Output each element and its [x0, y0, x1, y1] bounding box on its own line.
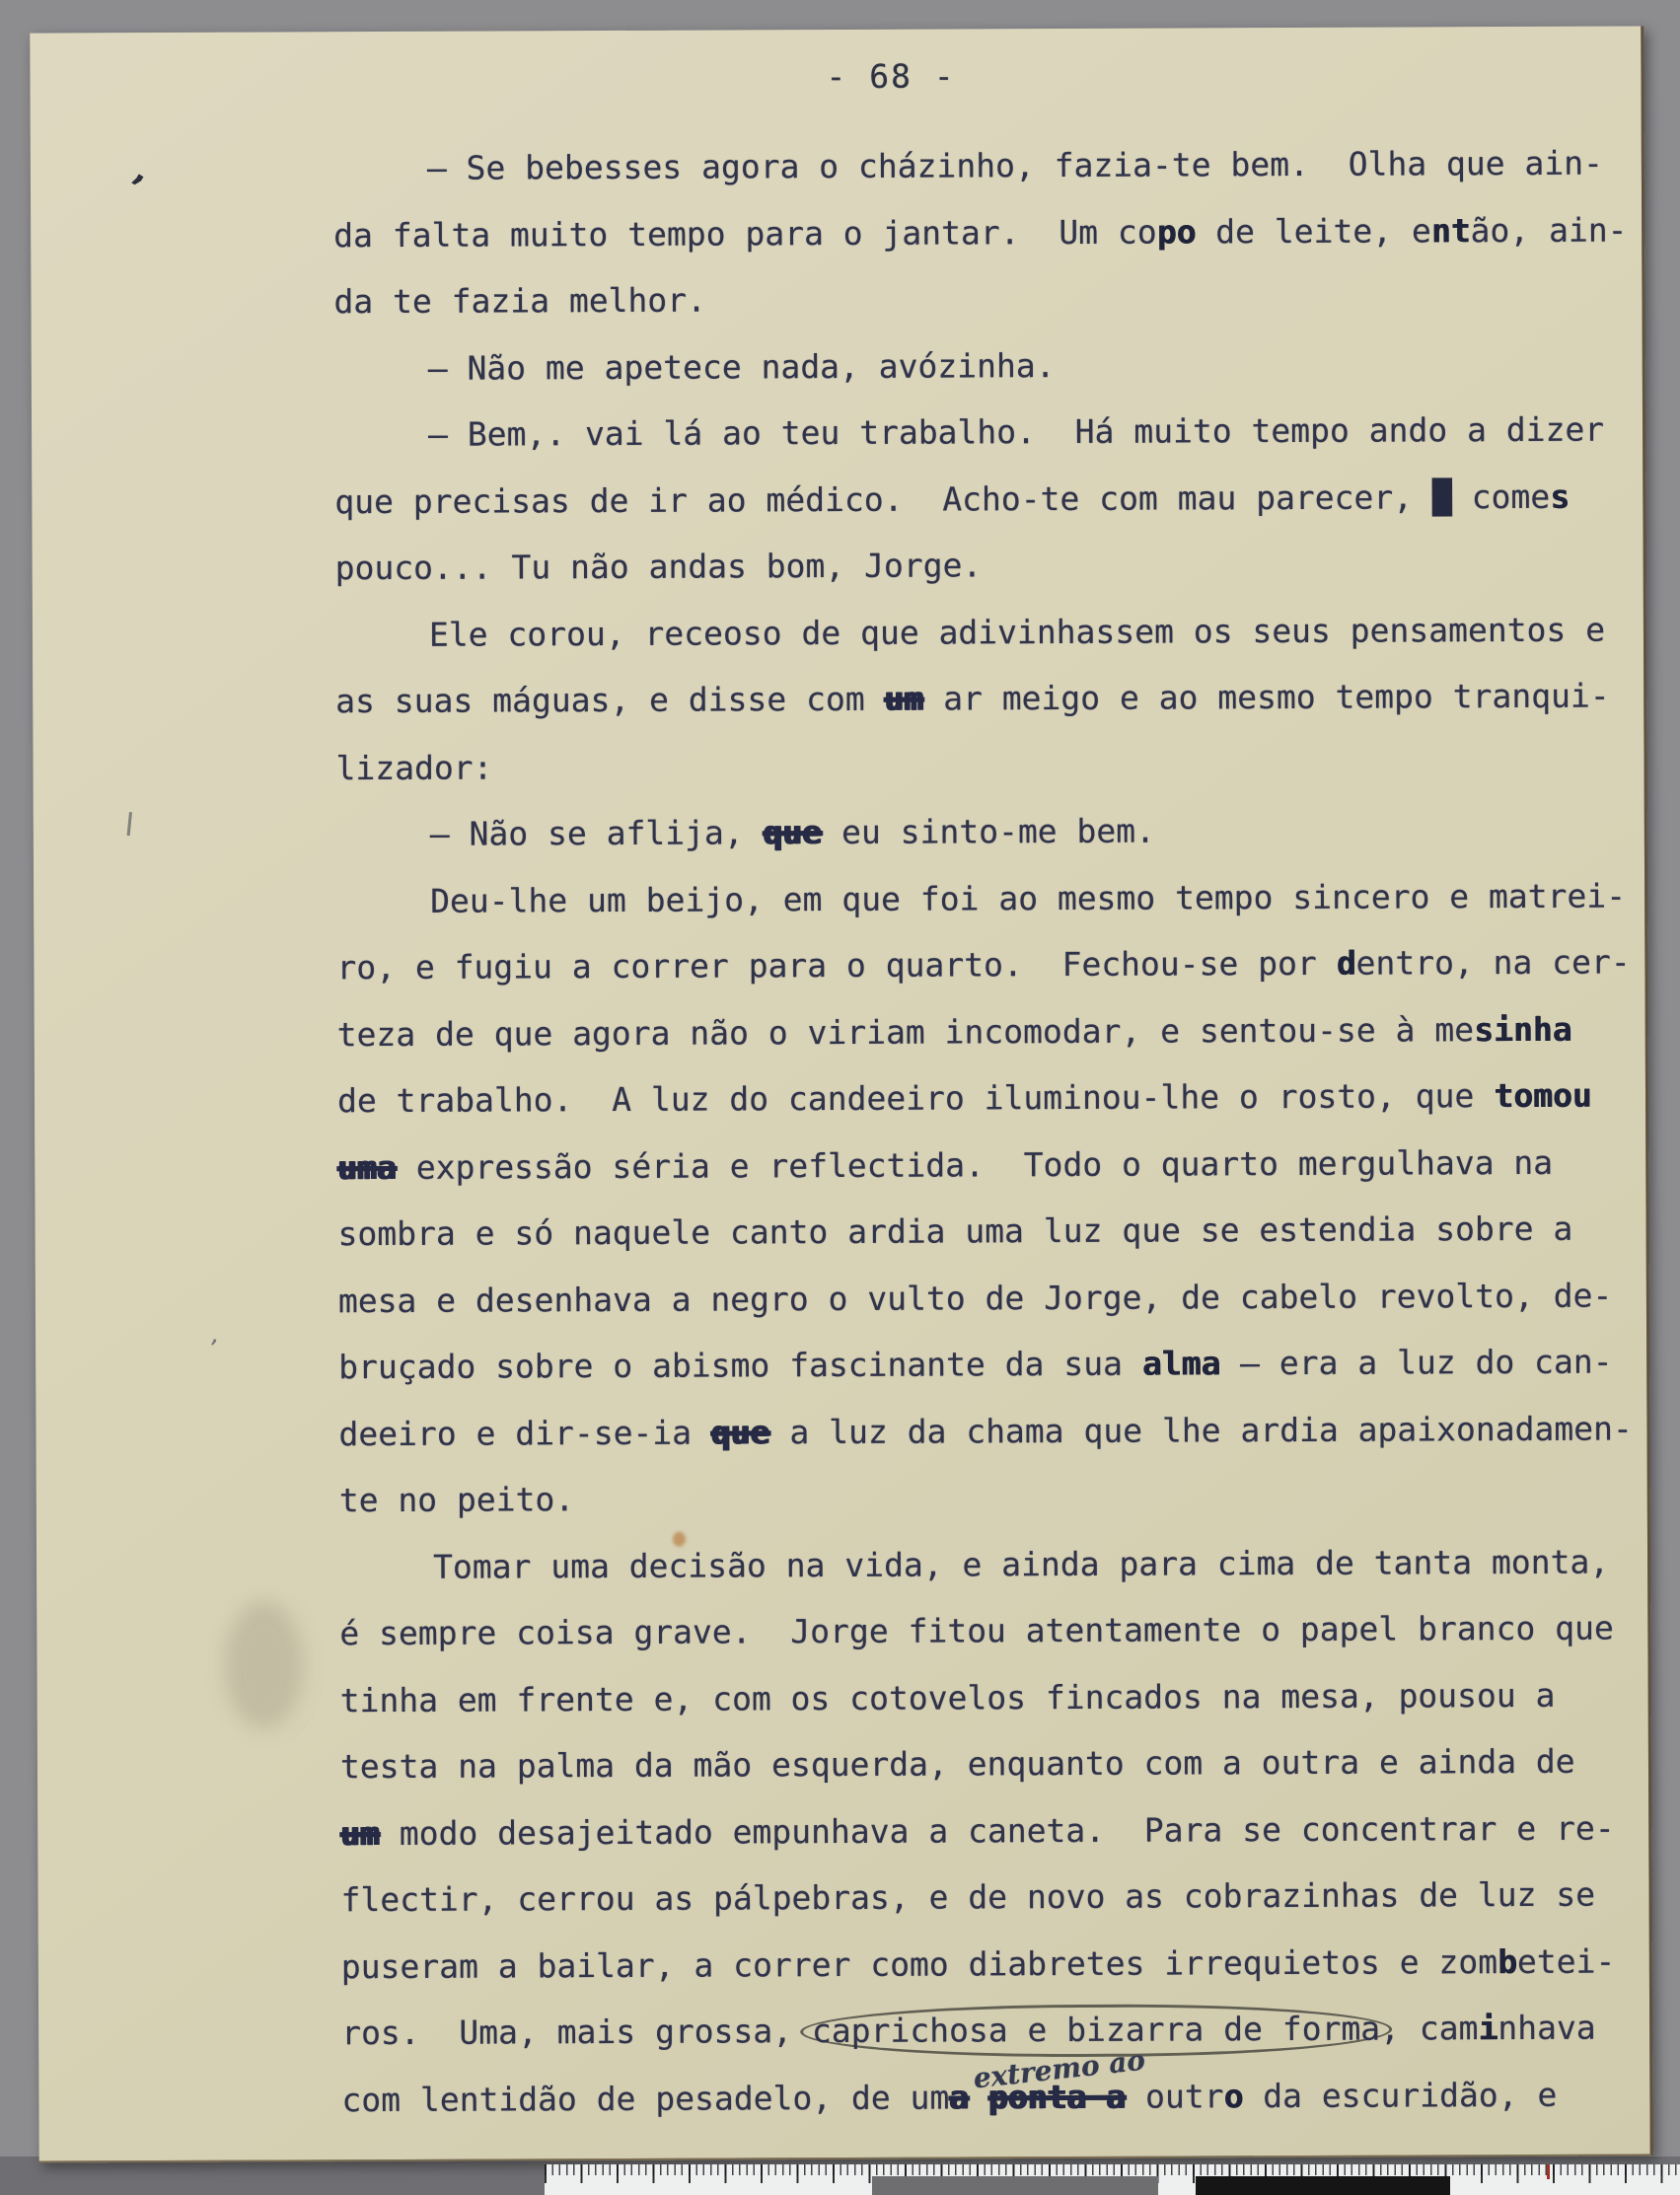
black-calibration-swatch [1196, 2176, 1450, 2195]
typed-line: te no peito. [339, 1462, 1634, 1534]
typed-line: — Bem,. vai lá ao teu trabalho. Há muito… [334, 397, 1629, 469]
typed-text: pouco... Tu não andas bom, Jorge. [335, 546, 983, 587]
ruler-red-tick [1547, 2164, 1550, 2179]
margin-ink-mark: , [124, 148, 164, 193]
typed-text: ão, ain- [1470, 210, 1627, 250]
typed-text-block: — Se bebesses agora o cházinho, fazia-te… [333, 130, 1636, 2134]
typed-line: — Não me apetece nada, avózinha. [334, 329, 1629, 402]
overtyped-word: i [1478, 2009, 1497, 2047]
typed-text: a luz da chama que lhe ardia apaixonadam… [770, 1409, 1633, 1451]
typed-text: da te fazia melhor. [333, 281, 706, 322]
typed-line: flectir, cerrou as pálpebras, e de novo … [340, 1862, 1635, 1934]
typed-text: com lentidão de pesadelo, de um [341, 2078, 949, 2119]
overtyped-word: s [1550, 476, 1570, 515]
typed-text: lizador: [335, 748, 492, 787]
typed-text: nhava [1497, 2009, 1596, 2047]
typed-line: as suas máguas, e disse com um ar meigo … [335, 663, 1630, 735]
typed-text: — Se bebesses agora o cházinho, fazia-te… [427, 144, 1603, 187]
typed-text: mesa e desenhava a negro o vulto de Jorg… [338, 1276, 1613, 1320]
typed-line: Deu-lhe um beijo, em que foi ao mesmo te… [336, 862, 1631, 934]
overtyped-word: alma [1142, 1344, 1221, 1382]
overtyped-word: b [1497, 1942, 1517, 1981]
strikethrough-word: que [764, 813, 823, 851]
typed-text: sombra e só naquele canto ardia uma luz … [338, 1209, 1573, 1253]
typed-line: puseram a bailar, a correr como diabrete… [341, 1928, 1636, 2000]
typed-line: bruçado sobre o abismo fascinante da sua… [338, 1329, 1633, 1401]
typed-line: da te fazia melhor. [333, 263, 1628, 335]
rust-stain [673, 1532, 686, 1547]
overtyped-word: o [1223, 2077, 1243, 2115]
gray-calibration-swatch [872, 2176, 1158, 2195]
typed-line: com lentidão de pesadelo, de uma ponta a… [341, 2061, 1636, 2133]
typed-text: etei- [1517, 1941, 1616, 1980]
typed-text: as suas máguas, e disse com [335, 680, 884, 720]
overtyped-word: d [1337, 944, 1356, 983]
typed-text: te no peito. [339, 1480, 575, 1519]
typed-text: flectir, cerrou as pálpebras, e de novo … [340, 1875, 1595, 1920]
typed-text: da falta muito tempo para o jantar. Um c… [333, 212, 1157, 255]
typed-text: é sempre coisa grave. Jorge fitou atenta… [339, 1609, 1614, 1653]
typed-text: de trabalho. A luz do candeeiro iluminou… [337, 1076, 1494, 1120]
typed-line: testa na palma da mão esquerda, enquanto… [340, 1728, 1635, 1800]
typed-text: eu sinto-me bem. [822, 812, 1155, 851]
typed-line: mesa e desenhava a negro o vulto de Jorg… [338, 1262, 1633, 1334]
typed-line: lizador: [335, 729, 1630, 801]
typed-text: Tomar uma decisão na vida, e ainda para … [433, 1542, 1609, 1585]
strikethrough-word: a [949, 2078, 969, 2116]
typed-text: Ele corou, receoso de que adivinhassem o… [429, 610, 1605, 653]
margin-tick-mark [127, 812, 132, 836]
typed-line: Tomar uma decisão na vida, e ainda para … [339, 1528, 1634, 1600]
ink-blot: █ [1432, 477, 1452, 516]
typed-text: da escuridão, e [1243, 2075, 1557, 2114]
typed-text: ar meigo e ao mesmo tempo tranqui- [923, 677, 1610, 718]
strikethrough-word: um [340, 1814, 380, 1853]
typed-text: ros. Uma, mais grossa, [341, 2012, 812, 2052]
photographic-ruler [545, 2164, 1680, 2195]
strikethrough-word: ponta aextremo ao [988, 2077, 1126, 2116]
typed-line: sombra e só naquele canto ardia uma luz … [337, 1196, 1632, 1268]
typed-text: tinha em frente e, com os cotovelos finc… [340, 1675, 1556, 1719]
page-number: - 68 - [826, 56, 955, 96]
strikethrough-word: um [884, 680, 923, 718]
typed-text: — Não se aflija, [430, 813, 764, 852]
typed-line: um modo desajeitado empunhava a caneta. … [340, 1794, 1635, 1866]
paper-smudge [224, 1600, 304, 1728]
margin-speck: ’ [202, 1336, 221, 1363]
typed-text: — Não me apetece nada, avózinha. [428, 346, 1056, 388]
typed-text: teza de que agora não o viriam incomodar… [337, 1010, 1474, 1054]
overtyped-word: tomou [1494, 1076, 1592, 1115]
typed-text: que precisas de ir ao médico. Acho-te co… [334, 477, 1432, 521]
typed-text: bruçado sobre o abismo fascinante da sua [338, 1345, 1142, 1387]
typed-line: teza de que agora não o viriam incomodar… [337, 995, 1632, 1067]
typed-text: testa na palma da mão esquerda, enquanto… [340, 1742, 1575, 1786]
typed-line: deeiro e dir-se-ia que a luz da chama qu… [338, 1395, 1633, 1467]
typed-line: uma expressão séria e reflectida. Todo o… [337, 1129, 1632, 1201]
typed-text: — era a luz do can- [1220, 1343, 1613, 1383]
typed-text: entro, na cer- [1355, 943, 1630, 983]
manuscript-page: - 68 - — Se bebesses agora o cházinho, f… [30, 26, 1652, 2162]
typed-line: tinha em frente e, com os cotovelos finc… [340, 1661, 1635, 1733]
typed-text: puseram a bailar, a correr como diabrete… [341, 1942, 1497, 1986]
typed-line: — Não se aflija, que eu sinto-me bem. [336, 796, 1631, 868]
typed-text: expressão séria e reflectida. Todo o qua… [397, 1142, 1553, 1186]
typed-line: pouco... Tu não andas bom, Jorge. [335, 530, 1630, 602]
typed-line: ro, e fugiu a correr para o quarto. Fech… [336, 929, 1631, 1001]
typed-line: da falta muito tempo para o jantar. Um c… [333, 196, 1628, 268]
typed-text: come [1452, 476, 1551, 515]
typed-line: de trabalho. A luz do candeeiro iluminou… [337, 1062, 1632, 1134]
typed-text: — Bem,. vai lá ao teu trabalho. Há muito… [428, 410, 1604, 454]
typed-text: modo desajeitado empunhava a caneta. Par… [380, 1808, 1615, 1852]
typed-text: ro, e fugiu a correr para o quarto. Fech… [336, 944, 1336, 987]
typed-line: que precisas de ir ao médico. Acho-te co… [334, 463, 1629, 535]
typed-text: de leite, e [1196, 211, 1431, 251]
overtyped-word: sinha [1474, 1009, 1572, 1048]
strikethrough-word: que [711, 1413, 770, 1451]
typed-line: é sempre coisa grave. Jorge fitou atenta… [339, 1595, 1634, 1667]
typed-line: Ele corou, receoso de que adivinhassem o… [335, 596, 1630, 668]
strikethrough-word: uma [337, 1147, 397, 1186]
typed-text: deeiro e dir-se-ia [338, 1413, 711, 1453]
overtyped-word: po [1157, 212, 1197, 251]
typed-text: Deu-lhe um beijo, em que foi ao mesmo te… [430, 876, 1626, 919]
typed-line: — Se bebesses agora o cházinho, fazia-te… [333, 130, 1628, 202]
typed-text: , cam [1380, 2009, 1479, 2047]
overtyped-word: nt [1431, 211, 1471, 250]
